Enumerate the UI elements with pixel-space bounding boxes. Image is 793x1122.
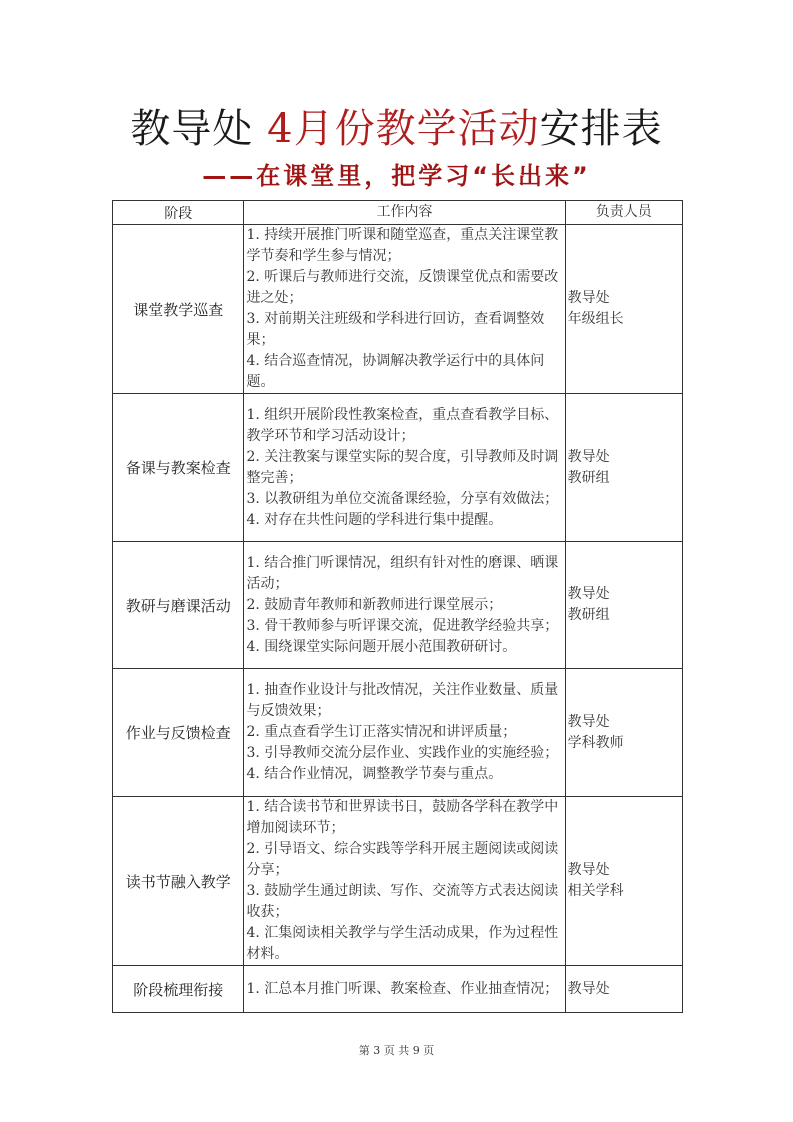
content-item: 3. 引导教师交流分层作业、实践作业的实施经验；	[246, 743, 562, 764]
content-item: 3. 对前期关注班级和学科进行回访，查看调整效果；	[246, 309, 562, 351]
content-item: 1. 组织开展阶段性教案检查，重点查看教学目标、教学环节和学习活动设计；	[246, 405, 562, 447]
content-item: 3. 骨干教师参与听评课交流，促进教学经验共享；	[246, 616, 562, 637]
content-cell: 1. 结合读书节和世界读书日，鼓励各学科在教学中增加阅读环节； 2. 引导语文、…	[244, 797, 565, 966]
table-row: 作业与反馈检查 1. 抽查作业设计与批改情况，关注作业数量、质量与反馈效果； 2…	[113, 669, 683, 797]
content-item: 1. 结合推门听课情况，组织有针对性的磨课、晒课活动；	[246, 553, 562, 595]
responsible-cell: 教导处	[565, 966, 682, 1013]
responsible-name: 教导处	[568, 712, 680, 733]
content-item: 1. 结合读书节和世界读书日，鼓励各学科在教学中增加阅读环节；	[246, 797, 562, 839]
content-cell: 1. 组织开展阶段性教案检查，重点查看教学目标、教学环节和学习活动设计； 2. …	[244, 394, 565, 542]
responsible-name: 学科教师	[568, 733, 680, 754]
content-cell: 1. 结合推门听课情况，组织有针对性的磨课、晒课活动； 2. 鼓励青年教师和新教…	[244, 542, 565, 669]
responsible-name: 教导处	[568, 584, 680, 605]
content-item: 4. 围绕课堂实际问题开展小范围教研研讨。	[246, 637, 562, 658]
responsible-cell: 教导处 学科教师	[565, 669, 682, 797]
content-item: 3. 鼓励学生通过朗读、写作、交流等方式表达阅读收获；	[246, 881, 562, 923]
table-row: 备课与教案检查 1. 组织开展阶段性教案检查，重点查看教学目标、教学环节和学习活…	[113, 394, 683, 542]
content-item: 3. 以教研组为单位交流备课经验，分享有效做法；	[246, 489, 562, 510]
title-part-2-highlight: 4月份教学活动	[267, 106, 539, 152]
responsible-cell: 教导处 相关学科	[565, 797, 682, 966]
content-item: 4. 汇集阅读相关教学与学生活动成果，作为过程性材料。	[246, 923, 562, 965]
stage-cell: 备课与教案检查	[113, 394, 244, 542]
content-item: 4. 结合巡查情况，协调解决教学运行中的具体问题。	[246, 351, 562, 393]
content-item: 2. 听课后与教师进行交流，反馈课堂优点和需要改进之处；	[246, 267, 562, 309]
content-item: 4. 对存在共性问题的学科进行集中提醒。	[246, 510, 562, 531]
stage-cell: 读书节融入教学	[113, 797, 244, 966]
responsible-name: 教导处	[568, 979, 680, 1000]
responsible-name: 教导处	[568, 860, 680, 881]
stage-cell: 教研与磨课活动	[113, 542, 244, 669]
content-cell: 1. 持续开展推门听课和随堂巡查，重点关注课堂教学节奏和学生参与情况； 2. 听…	[244, 225, 565, 394]
content-item: 2. 引导语文、综合实践等学科开展主题阅读或阅读分享；	[246, 839, 562, 881]
header-content: 工作内容	[244, 201, 565, 225]
document-subtitle: ——在课堂里，把学习“长出来”	[0, 160, 793, 192]
activity-schedule-table: 阶段 工作内容 负责人员 课堂教学巡查 1. 持续开展推门听课和随堂巡查，重点关…	[112, 200, 683, 1013]
content-item: 2. 关注教案与课堂实际的契合度，引导教师及时调整完善；	[246, 447, 562, 489]
header-responsible: 负责人员	[565, 201, 682, 225]
header-stage: 阶段	[113, 201, 244, 225]
content-item: 2. 重点查看学生订正落实情况和讲评质量；	[246, 722, 562, 743]
table-row: 阶段梳理衔接 1. 汇总本月推门听课、教案检查、作业抽查情况； 教导处	[113, 966, 683, 1013]
content-item: 1. 汇总本月推门听课、教案检查、作业抽查情况；	[246, 979, 562, 1000]
document-title: 教导处 4月份教学活动安排表	[0, 103, 793, 155]
stage-cell: 阶段梳理衔接	[113, 966, 244, 1013]
content-item: 4. 结合作业情况，调整教学节奏与重点。	[246, 764, 562, 785]
content-cell: 1. 抽查作业设计与批改情况，关注作业数量、质量与反馈效果； 2. 重点查看学生…	[244, 669, 565, 797]
responsible-name: 教导处	[568, 288, 680, 309]
responsible-name: 教研组	[568, 468, 680, 489]
table-row: 教研与磨课活动 1. 结合推门听课情况，组织有针对性的磨课、晒课活动； 2. 鼓…	[113, 542, 683, 669]
content-item: 1. 抽查作业设计与批改情况，关注作业数量、质量与反馈效果；	[246, 680, 562, 722]
responsible-name: 教研组	[568, 605, 680, 626]
title-part-1: 教导处	[130, 106, 253, 152]
responsible-cell: 教导处 教研组	[565, 542, 682, 669]
table-header-row: 阶段 工作内容 负责人员	[113, 201, 683, 225]
stage-cell: 课堂教学巡查	[113, 225, 244, 394]
stage-cell: 作业与反馈检查	[113, 669, 244, 797]
responsible-name: 相关学科	[568, 881, 680, 902]
table-row: 课堂教学巡查 1. 持续开展推门听课和随堂巡查，重点关注课堂教学节奏和学生参与情…	[113, 225, 683, 394]
responsible-cell: 教导处 教研组	[565, 394, 682, 542]
table-row: 读书节融入教学 1. 结合读书节和世界读书日，鼓励各学科在教学中增加阅读环节； …	[113, 797, 683, 966]
page-number-footer: 第 3 页 共 9 页	[0, 1042, 793, 1058]
responsible-name: 年级组长	[568, 309, 680, 330]
content-item: 2. 鼓励青年教师和新教师进行课堂展示；	[246, 595, 562, 616]
title-part-3: 安排表	[540, 106, 663, 152]
content-item: 1. 持续开展推门听课和随堂巡查，重点关注课堂教学节奏和学生参与情况；	[246, 225, 562, 267]
responsible-name: 教导处	[568, 447, 680, 468]
content-cell: 1. 汇总本月推门听课、教案检查、作业抽查情况；	[244, 966, 565, 1013]
responsible-cell: 教导处 年级组长	[565, 225, 682, 394]
